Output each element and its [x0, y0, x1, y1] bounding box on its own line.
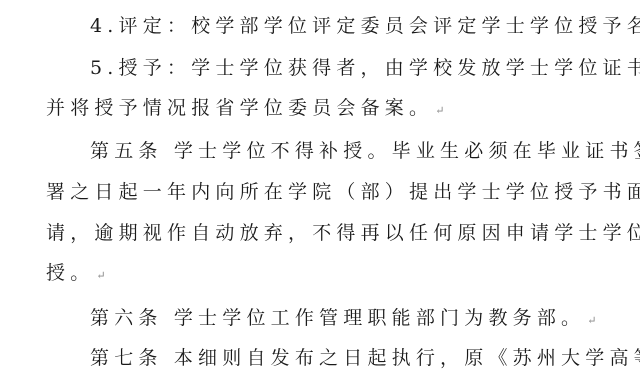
text-line-7: 授。↵: [46, 261, 106, 288]
text-line-4: 第五条 学士学位不得补授。毕业生必须在毕业证书签: [90, 139, 640, 163]
line-text: 请，逾期视作自动放弃，不得再以任何原因申请学士学位补: [46, 222, 640, 244]
line-text: 授。: [46, 262, 94, 284]
paragraph-mark-icon: ↵: [587, 314, 596, 327]
text-line-1: 4.评定：校学部学位评定委员会评定学士学位授予名单；↵: [90, 14, 640, 41]
document-page: 4.评定：校学部学位评定委员会评定学士学位授予名单；↵ 5.授予：学士学位获得者…: [0, 0, 640, 389]
line-text: 4.评定：校学部学位评定委员会评定学士学位授予名单；: [90, 15, 640, 37]
text-line-2: 5.授予：学士学位获得者，由学校发放学士学位证书，: [90, 56, 640, 80]
text-line-6: 请，逾期视作自动放弃，不得再以任何原因申请学士学位补: [46, 221, 640, 245]
line-text: 第五条 学士学位不得补授。毕业生必须在毕业证书签: [90, 140, 640, 162]
paragraph-mark-icon: ↵: [435, 104, 444, 117]
text-line-5: 署之日起一年内向所在学院（部）提出学士学位授予书面申: [46, 180, 640, 204]
line-text: 5.授予：学士学位获得者，由学校发放学士学位证书，: [90, 57, 640, 79]
line-text: 并将授予情况报省学位委员会备案。: [46, 97, 433, 119]
paragraph-mark-icon: ↵: [96, 269, 105, 282]
text-line-3: 并将授予情况报省学位委员会备案。↵: [46, 96, 444, 123]
text-line-9: 第七条 本细则自发布之日起执行，原《苏州大学高等教育: [90, 346, 640, 370]
line-text: 第六条 学士学位工作管理职能部门为教务部。: [90, 307, 585, 329]
line-text: 第七条 本细则自发布之日起执行，原《苏州大学高等教育: [90, 347, 640, 369]
line-text: 署之日起一年内向所在学院（部）提出学士学位授予书面申: [46, 181, 640, 203]
text-line-8: 第六条 学士学位工作管理职能部门为教务部。↵: [90, 306, 596, 333]
